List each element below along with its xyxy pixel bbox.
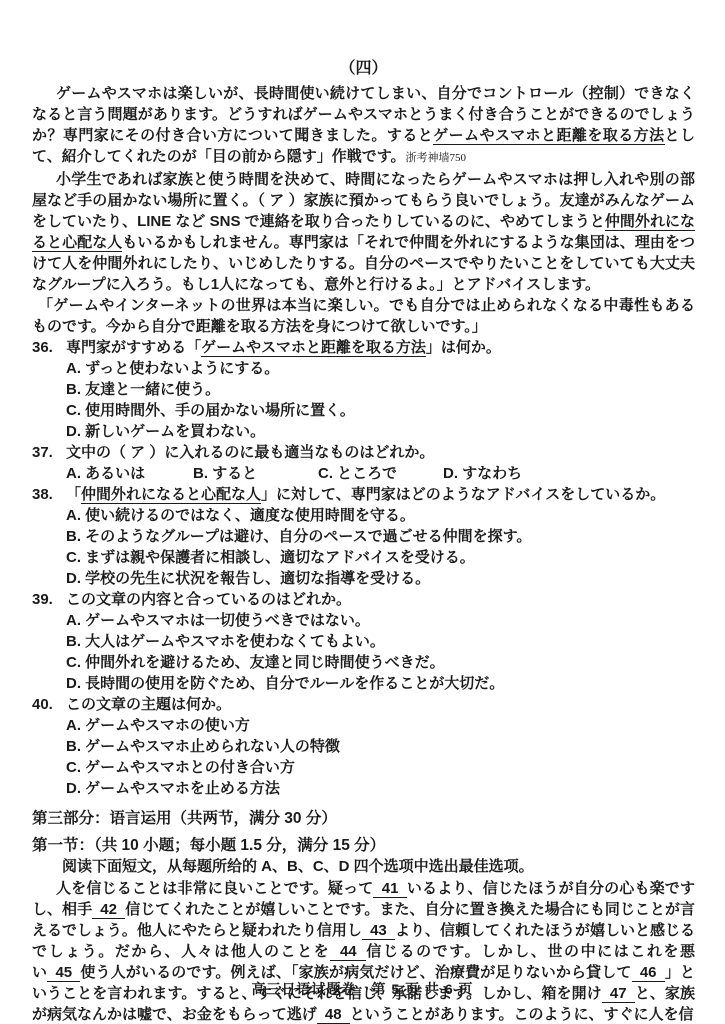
question-number: 37. — [32, 442, 66, 463]
watermark-text: 浙考神墙750 — [406, 152, 467, 164]
option-item: C. 仲間外れを避けるため、友達と同じ時間使うべきだ。 — [66, 652, 695, 673]
option-item: A. ずっと使わないようにする。 — [66, 358, 695, 379]
question-stem-text: 「仲間外れになると心配な人」に対して、専門家はどのようなアドバイスをしているか。 — [66, 486, 665, 504]
text-segment: この文章の内容と合っているのはどれか。 — [66, 591, 351, 608]
question-options: A. ゲームやスマホの使い方B. ゲームやスマホ止められない人の特徴C. ゲーム… — [66, 715, 695, 799]
option-item: C. ゲームやスマホとの付き合い方 — [66, 757, 695, 778]
part3-instruction: 阅读下面短文，从每题所给的 A、B、C、D 四个选项中选出最佳选项。 — [32, 856, 695, 877]
question-36: 36.専門家がすすめる「ゲームやスマホと距離を取る方法」は何か。 A. ずっと使… — [32, 337, 695, 442]
text-segment: 」に対して、専門家はどのようなアドバイスをしているか。 — [261, 486, 665, 503]
text-segment: ということがあります。このように、すぐに人を信 — [350, 1006, 694, 1023]
cloze-blank-41: 41 — [373, 880, 406, 898]
option-item: C. ところで — [318, 463, 443, 484]
question-stem-text: この文章の主題は何か。 — [66, 696, 231, 713]
exam-page: （四） ゲームやスマホは楽しいが、長時間使い続けてしまい、自分でコントロール（控… — [0, 0, 725, 1024]
passage-paragraph-2: 小学生であれば家族と使う時間を決めて、時間になったらゲームやスマホは押し入れや別… — [32, 169, 695, 295]
option-item: B. 友達と一緒に使う。 — [66, 379, 695, 400]
option-item: B. そのようなグループは避け、自分のペースで過ごせる仲間を探す。 — [66, 526, 695, 547]
section-heading: （四） — [32, 58, 695, 79]
question-stem-text: 専門家がすすめる「ゲームやスマホと距離を取る方法」は何か。 — [66, 339, 501, 357]
option-item: D. ゲームやスマホを止める方法 — [66, 778, 695, 799]
text-segment: ゲームやスマホと距離を取る方法 — [201, 339, 426, 357]
cloze-blank-48: 48 — [317, 1006, 350, 1024]
text-segment: 専門家がすすめる「 — [66, 339, 201, 356]
part3-section1-title: 第一节：（共 10 小题；每小题 1.5 分，满分 15 分） — [32, 835, 695, 856]
option-item: A. 使い続けるのではなく、適度な使用時間を守る。 — [66, 505, 695, 526]
option-item: D. 新しいゲームを買わない。 — [66, 421, 695, 442]
question-stem: 37.文中の（ ア ）に入れるのに最も適当なものはどれか。 — [32, 442, 695, 463]
cloze-blank-42: 42 — [92, 901, 125, 919]
option-item: B. ゲームやスマホ止められない人の特徴 — [66, 736, 695, 757]
question-number: 40. — [32, 694, 66, 715]
text-segment: ゲームやスマホと距離を取る方法 — [433, 127, 664, 145]
question-stem-text: この文章の内容と合っているのはどれか。 — [66, 591, 351, 608]
question-40: 40.この文章の主題は何か。 A. ゲームやスマホの使い方B. ゲームやスマホ止… — [32, 694, 695, 799]
option-item: C. まずは親や保護者に相談し、適切なアドバイスを受ける。 — [66, 547, 695, 568]
cloze-blank-43: 43 — [362, 922, 395, 940]
option-item: C. 使用時間外、手の届かない場所に置く。 — [66, 400, 695, 421]
question-stem-text: 文中の（ ア ）に入れるのに最も適当なものはどれか。 — [66, 444, 434, 461]
option-item: A. あるいは — [66, 463, 193, 484]
option-item: D. 学校の先生に状況を報告し、適切な指導を受ける。 — [66, 568, 695, 589]
passage-paragraph-1: ゲームやスマホは楽しいが、長時間使い続けてしまい、自分でコントロール（控制）でき… — [32, 83, 695, 169]
option-item: B. すると — [193, 463, 318, 484]
question-number: 36. — [32, 337, 66, 358]
text-segment: 「ゲームやインターネットの世界は本当に楽しい。でも自分では止められなくなる中毒性… — [32, 297, 695, 335]
text-segment: 「 — [66, 486, 81, 503]
question-number: 39. — [32, 589, 66, 610]
question-38: 38.「仲間外れになると心配な人」に対して、専門家はどのようなアドバイスをしてい… — [32, 484, 695, 589]
question-39: 39.この文章の内容と合っているのはどれか。 A. ゲームやスマホは一切使うべき… — [32, 589, 695, 694]
text-segment: 文中の（ ア ）に入れるのに最も適当なものはどれか。 — [66, 444, 434, 461]
option-item: D. すなわち — [443, 463, 522, 484]
option-item: B. 大人はゲームやスマホを使わなくてもよい。 — [66, 631, 695, 652]
text-segment: この文章の主題は何か。 — [66, 696, 231, 713]
question-options: A. あるいはB. するとC. ところでD. すなわち — [66, 463, 695, 484]
question-stem: 40.この文章の主題は何か。 — [32, 694, 695, 715]
page-footer: 高三日语试题卷 第 5 页 共 6 页 — [0, 979, 725, 1000]
question-stem: 36.専門家がすすめる「ゲームやスマホと距離を取る方法」は何か。 — [32, 337, 695, 358]
question-options: A. ずっと使わないようにする。B. 友達と一緒に使う。C. 使用時間外、手の届… — [66, 358, 695, 442]
option-item: A. ゲームやスマホの使い方 — [66, 715, 695, 736]
text-segment: 小学生であれば家族と使う時間を決めて、時間になったらゲームやスマホは押し入れや別… — [32, 171, 695, 230]
question-number: 38. — [32, 484, 66, 505]
cloze-passage: 人を信じることは非常に良いことです。疑って 41 いるより、信じたほうが自分の心… — [32, 878, 695, 1024]
question-stem: 39.この文章の内容と合っているのはどれか。 — [32, 589, 695, 610]
question-options: A. ゲームやスマホは一切使うべきではない。B. 大人はゲームやスマホを使わなく… — [66, 610, 695, 694]
part3-title: 第三部分：语言运用（共两节，满分 30 分） — [32, 808, 695, 829]
text-segment: 仲間外れになると心配な人 — [81, 486, 261, 504]
text-segment: 人を信じることは非常に良いことです。疑って — [56, 880, 373, 897]
option-item: A. ゲームやスマホは一切使うべきではない。 — [66, 610, 695, 631]
question-stem: 38.「仲間外れになると心配な人」に対して、専門家はどのようなアドバイスをしてい… — [32, 484, 695, 505]
text-segment: もいるかもしれません。専門家は「それで仲間を外れにするような集団は、理由をつけて… — [32, 234, 695, 293]
cloze-blank-44: 44 — [330, 943, 366, 961]
passage-paragraph-3: 「ゲームやインターネットの世界は本当に楽しい。でも自分では止められなくなる中毒性… — [32, 295, 695, 337]
option-item: D. 長時間の使用を防ぐため、自分でルールを作ることが大切だ。 — [66, 673, 695, 694]
text-segment: 」は何か。 — [426, 339, 501, 356]
question-options: A. 使い続けるのではなく、適度な使用時間を守る。B. そのようなグループは避け… — [66, 505, 695, 589]
question-37: 37.文中の（ ア ）に入れるのに最も適当なものはどれか。 A. あるいはB. … — [32, 442, 695, 484]
